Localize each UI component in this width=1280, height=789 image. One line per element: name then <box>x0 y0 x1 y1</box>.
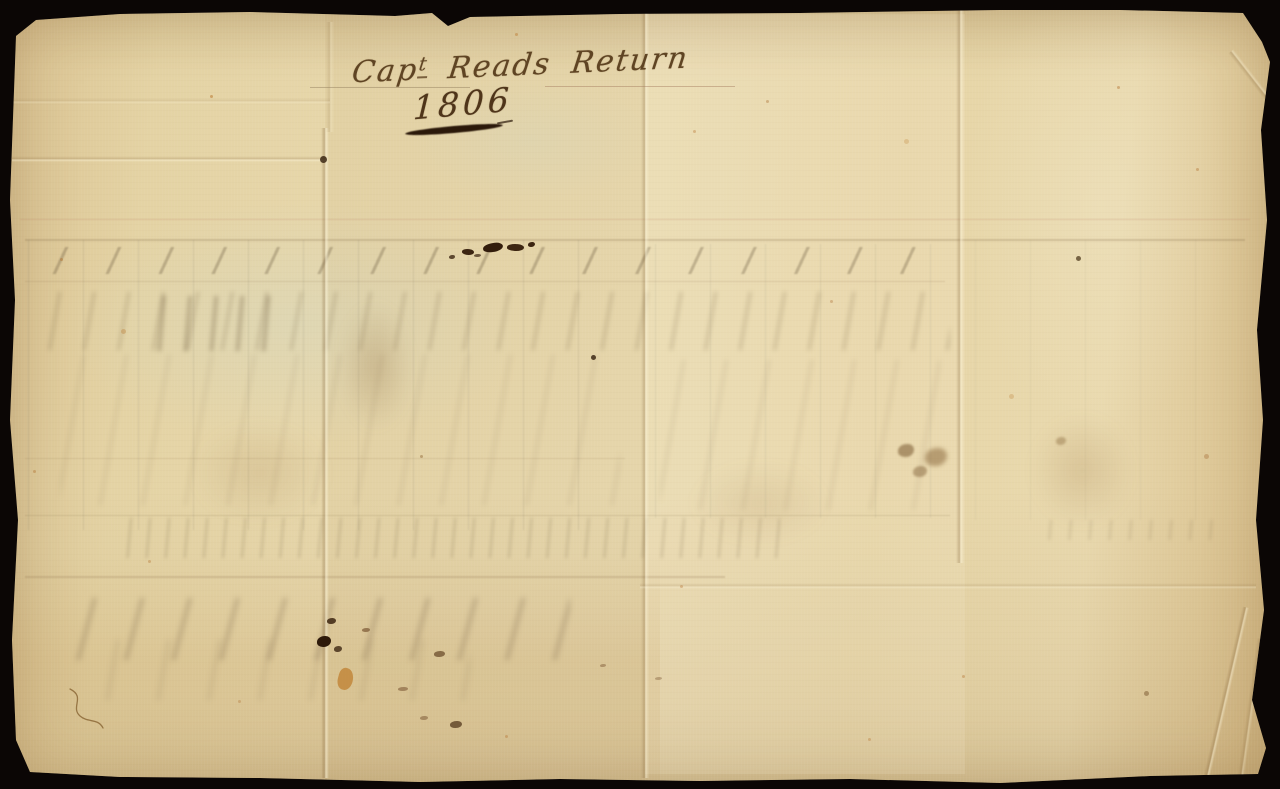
horizontal-fold-crease <box>640 583 1256 589</box>
paper-fiber <box>62 685 108 735</box>
ghost-handwriting-dark <box>150 296 280 351</box>
horizontal-fold-crease <box>12 156 326 162</box>
scan-background: Capt Reads Return 1806 <box>0 0 1280 789</box>
stain-along-crease <box>328 298 423 468</box>
stain-blotch <box>695 465 825 540</box>
vertical-fold-crease-right <box>956 8 964 563</box>
ghost-table-bottom-line <box>25 576 725 578</box>
horizontal-fold-crease <box>12 98 330 104</box>
vertical-fold-crease-left-top <box>326 22 334 132</box>
ghost-mirrored-signature <box>90 640 470 700</box>
faint-ruled-line <box>545 86 735 87</box>
ghost-tally-marks <box>32 247 932 274</box>
stain-blotch <box>1035 418 1130 523</box>
vertical-fold-crease-left <box>321 128 329 778</box>
ghost-ruled-line-red <box>20 219 1250 220</box>
docket-title-prefix: Cap <box>350 52 421 90</box>
vertical-fold-crease-center <box>641 12 649 778</box>
stain-blotch <box>195 425 325 520</box>
paper-speckles <box>0 0 3 3</box>
document-page-verso: Capt Reads Return 1806 <box>0 0 1280 789</box>
ghost-footer-text <box>1040 520 1220 540</box>
ghost-footer-text <box>120 518 780 558</box>
